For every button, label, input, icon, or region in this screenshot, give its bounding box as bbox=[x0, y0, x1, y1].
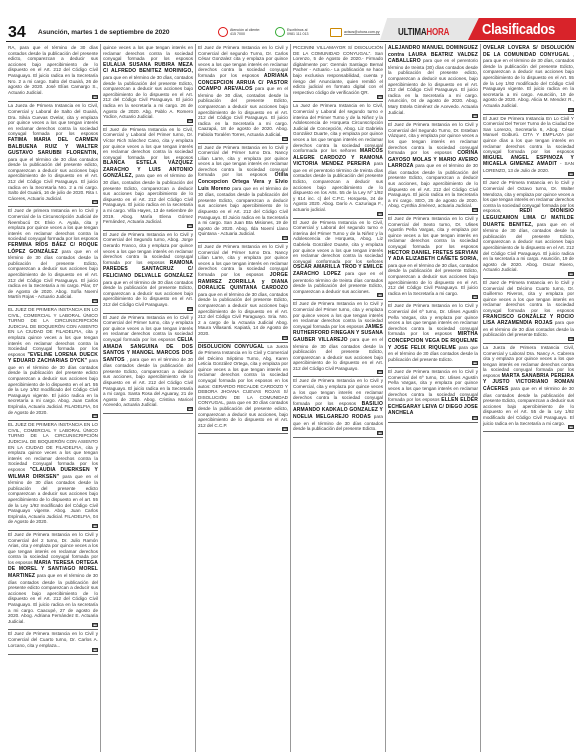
ad-code-tag: ■■ bbox=[198, 428, 288, 431]
notice-text: RA, para que el término de 30 días conta… bbox=[8, 45, 98, 95]
notice-text-continued: para que en el término de 30 días, conta… bbox=[103, 75, 193, 119]
legal-notice: El Juez de Primera Instancia en lo Civil… bbox=[483, 179, 574, 279]
legal-notice: EL JUEZ DE PRIMERA INSTANCIA EN LO CIVIL… bbox=[8, 421, 98, 531]
ad-code-tag: ■■ bbox=[8, 649, 98, 652]
column-2: quince veces a los que tengan interés en… bbox=[101, 44, 196, 752]
ad-code-tag: ■■ bbox=[388, 296, 478, 299]
header-divider bbox=[6, 41, 576, 42]
page-number: 34 bbox=[8, 24, 26, 42]
notice-text-continued: para que en el término de 30 días, conta… bbox=[103, 173, 193, 224]
legal-notice: El Juez De Primera Instancia En Lo Civil… bbox=[483, 115, 574, 180]
notice-text-continued: para que en el término de 30 días, conta… bbox=[388, 263, 478, 296]
notice-text: El Juez de Primera Instancia en lo Civil… bbox=[293, 220, 383, 264]
ad-code-tag: ■■ bbox=[8, 300, 98, 303]
legal-notice: La Juez de Primera Instancia en lo Civil… bbox=[293, 102, 383, 218]
ad-code-tag: ■■ bbox=[8, 415, 98, 418]
legal-notice: El Juez de Primera Instancia en lo Civil… bbox=[293, 377, 383, 437]
notice-text: El Juez de Primera Instancia en lo Civil… bbox=[103, 127, 193, 160]
column-4: PICCININI VILLAMAYOR S/ DISOLUCIÓN DE LA… bbox=[291, 44, 386, 752]
notice-text: El Juez de Primera Instancia en lo Civil… bbox=[483, 280, 574, 313]
legal-notice: El Juez de Primera Instancia en lo Civil… bbox=[103, 314, 193, 415]
notice-text: La Jueza de Primera Instancia en lo Civi… bbox=[8, 103, 98, 136]
notice-parties: FATIMA MARIA DEL CARMEN BALBUENA RUIZ Y … bbox=[8, 137, 98, 156]
notice-text-continued: para que en el término de 30 días, conta… bbox=[198, 292, 288, 336]
ad-code-tag: ■■ bbox=[483, 273, 574, 276]
section-title: Clasificados bbox=[482, 20, 555, 37]
notice-text-continued: para que el término de 30 días contados … bbox=[8, 157, 98, 201]
ad-code-tag: ■■ bbox=[103, 120, 193, 123]
contact-email: avisos@uhora.com.py bbox=[330, 26, 380, 38]
legal-notice: La Jueza de Primera Instancia Civil, Com… bbox=[483, 344, 574, 432]
legal-notice: El Juez de Primera Instancia en lo Civil… bbox=[8, 630, 98, 655]
notice-text: EL JUEZ DE PRIMERA INSTANCIA EN LO CIVIL… bbox=[8, 422, 98, 472]
legal-notice: El Juez de Primera Instancia en lo Civil… bbox=[103, 126, 193, 231]
notice-text-continued: , para que en el término de 30 días, con… bbox=[483, 52, 574, 108]
notice-text: quince veces a los que tengan interés en… bbox=[103, 45, 193, 61]
legal-notice: El Juez de Primera Instancia en lo Civil… bbox=[103, 231, 193, 314]
notice-text-continued: para que en el perentorio término de tre… bbox=[388, 58, 478, 114]
page-header: 34 Asunción, martes 1 de septiembre de 2… bbox=[0, 0, 580, 40]
ad-code-tag: ■■ bbox=[483, 173, 574, 176]
contact-phone: Atención al cliente:415 7000 bbox=[218, 26, 260, 38]
notice-text: El Juez de Primera Instancia en lo Civil… bbox=[388, 216, 478, 249]
legal-notice: El Juez de Primera Instancia en lo Civil… bbox=[293, 300, 383, 377]
notice-text: La Juez de Primera Instancia en lo Civil… bbox=[293, 103, 383, 153]
ad-code-tag: ■■ bbox=[483, 109, 574, 112]
legal-notice: El Juez de primera Instancia en lo Civil… bbox=[8, 207, 98, 306]
ad-code-tag: ■■ bbox=[388, 209, 478, 212]
notice-text: EL JUEZ DE PRIMERA INSTANCIA EN LO CIVIL… bbox=[8, 307, 98, 357]
notice-text-continued: , para que en el término de 30 días cont… bbox=[103, 357, 193, 408]
ad-code-tag: ■■ bbox=[198, 138, 288, 141]
contact-whatsapp: Escribinos al0981 111 013 bbox=[275, 26, 308, 38]
notice-text: El Juez de primera Instancia en lo Civil… bbox=[8, 208, 98, 241]
legal-notice: quince veces a los que tengan interés en… bbox=[103, 44, 193, 126]
email-icon bbox=[330, 28, 342, 37]
column-1: RA, para que el término de 30 días conta… bbox=[6, 44, 101, 752]
notice-text-continued: para que en el perentorio término de tre… bbox=[293, 161, 383, 212]
legal-notice: El Juez de Primera Instancia en lo Civil… bbox=[198, 144, 288, 244]
publication-date: Asunción, martes 1 de septiembre de 2020 bbox=[38, 29, 170, 36]
legal-notice: EL JUEZ DE PRIMERA INSTANCIA EN LO CIVIL… bbox=[8, 306, 98, 421]
notice-text: El Juez de Primera Instancia en lo Civil… bbox=[8, 631, 98, 647]
ad-code-tag: ■■ bbox=[388, 362, 478, 365]
whatsapp-icon bbox=[275, 27, 285, 37]
ad-code-tag: ■■ bbox=[103, 225, 193, 228]
notice-text-continued: para que en el término de 30 días contad… bbox=[388, 163, 478, 208]
legal-notice: La Jueza de Primera Instancia en lo Civi… bbox=[8, 102, 98, 207]
ad-code-tag: ■■ bbox=[388, 115, 478, 118]
notice-text-continued: para que en el término de 30 días contad… bbox=[103, 280, 193, 307]
ad-code-tag: ■■ bbox=[483, 426, 574, 429]
ad-code-tag: ■■ bbox=[293, 96, 383, 99]
ad-code-tag: ■■ bbox=[483, 338, 574, 341]
legal-notice: PICCININI VILLAMAYOR S/ DISOLUCIÓN DE LA… bbox=[293, 44, 383, 102]
notice-text-continued: para que en el término de 30 días, conta… bbox=[198, 186, 288, 237]
notice-parties: OVELAR LOVERA S/ DISOLUCIÓN DE LA COMUNI… bbox=[483, 45, 574, 58]
classifieds-columns: RA, para que el término de 30 días conta… bbox=[6, 44, 576, 752]
ad-code-tag: ■■ bbox=[293, 371, 383, 374]
column-6: OVELAR LOVERA S/ DISOLUCIÓN DE LA COMUNI… bbox=[481, 44, 576, 752]
legal-notice: ALEJANDRO MANUEL DOMINGUEZ contra LAURA … bbox=[388, 44, 478, 121]
legal-notice: El Juez de Primera Instancia en lo Civil… bbox=[388, 302, 478, 368]
legal-notice: El Juez de Primera Instancia en lo Civil… bbox=[388, 215, 478, 302]
ad-code-tag: ■■ bbox=[388, 417, 478, 420]
ad-code-tag: ■■ bbox=[103, 408, 193, 411]
notice-text-continued: para que en el término de 30 días, conta… bbox=[483, 222, 574, 273]
ad-code-tag: ■■ bbox=[8, 525, 98, 528]
ad-code-tag: ■■ bbox=[293, 294, 383, 297]
phone-icon bbox=[218, 27, 228, 37]
legal-notice: DISOLUCION CONYUGAL La Jueza de Primera … bbox=[198, 343, 288, 435]
notice-text: El Juez De Primera Instancia En Lo Civil… bbox=[483, 116, 574, 155]
legal-notice: El Juez de Primera Instancia en lo Civil… bbox=[8, 531, 98, 631]
section-banner: Clasificados bbox=[468, 18, 576, 40]
legal-notice: El Juez de Primera Instancia en lo Civil… bbox=[198, 44, 288, 144]
legal-notice: El Juez de Primera Instancia en lo Civil… bbox=[198, 243, 288, 343]
notice-text: PICCININI VILLAMAYOR S/ DISOLUCIÓN DE LA… bbox=[293, 45, 383, 95]
legal-notice: El Juez de Primera Instancia en lo Civil… bbox=[388, 368, 478, 423]
ad-code-tag: ■■ bbox=[293, 432, 383, 435]
brand-logo: ULTIMAHORA bbox=[398, 26, 449, 38]
legal-notice: RA, para que el término de 30 días conta… bbox=[8, 44, 98, 102]
notice-text-continued: para que en el término de 30 días contad… bbox=[483, 386, 574, 426]
ad-code-tag: ■■ bbox=[198, 337, 288, 340]
column-5: ALEJANDRO MANUEL DOMINGUEZ contra LAURA … bbox=[386, 44, 481, 752]
ad-code-tag: ■■ bbox=[103, 308, 193, 311]
legal-notice: El Juez de Primera Instancia en lo Civil… bbox=[388, 121, 478, 215]
ad-code-tag: ■■ bbox=[293, 213, 383, 216]
notice-text-continued: para que en el término de 30 días contad… bbox=[8, 573, 98, 624]
notice-parties: EULALIA SUSANA RUBIRA MEZA C/ ALFREDO BE… bbox=[103, 62, 193, 75]
column-3: El Juez de Primera Instancia en lo Civil… bbox=[196, 44, 291, 752]
notice-text-continued: para que en el término de 30 días, conta… bbox=[198, 86, 288, 137]
ad-code-tag: ■■ bbox=[8, 201, 98, 204]
notice-parties: HECTOR DANIEL FRETES SERVIAN Y ADA ELIZA… bbox=[388, 250, 478, 263]
legal-notice: El Juez de Primera Instancia en lo Civil… bbox=[483, 279, 574, 344]
ad-code-tag: ■■ bbox=[8, 96, 98, 99]
notice-text-continued: para que en el término de 30 días contad… bbox=[8, 249, 98, 300]
notice-text-continued: para que en el término de 30 días contad… bbox=[8, 474, 98, 525]
legal-notice: El Juez de Primera Instancia en lo Civil… bbox=[293, 219, 383, 301]
ad-code-tag: ■■ bbox=[8, 624, 98, 627]
notice-text-continued: La Jueza de Primera Instancia en lo Civi… bbox=[198, 344, 288, 428]
notice-text-continued: para que en el término de 30 días contad… bbox=[8, 358, 98, 414]
ad-code-tag: ■■ bbox=[198, 237, 288, 240]
legal-notice: OVELAR LOVERA S/ DISOLUCIÓN DE LA COMUNI… bbox=[483, 44, 574, 115]
notice-parties: DISOLUCION CONYUGAL bbox=[198, 344, 264, 350]
